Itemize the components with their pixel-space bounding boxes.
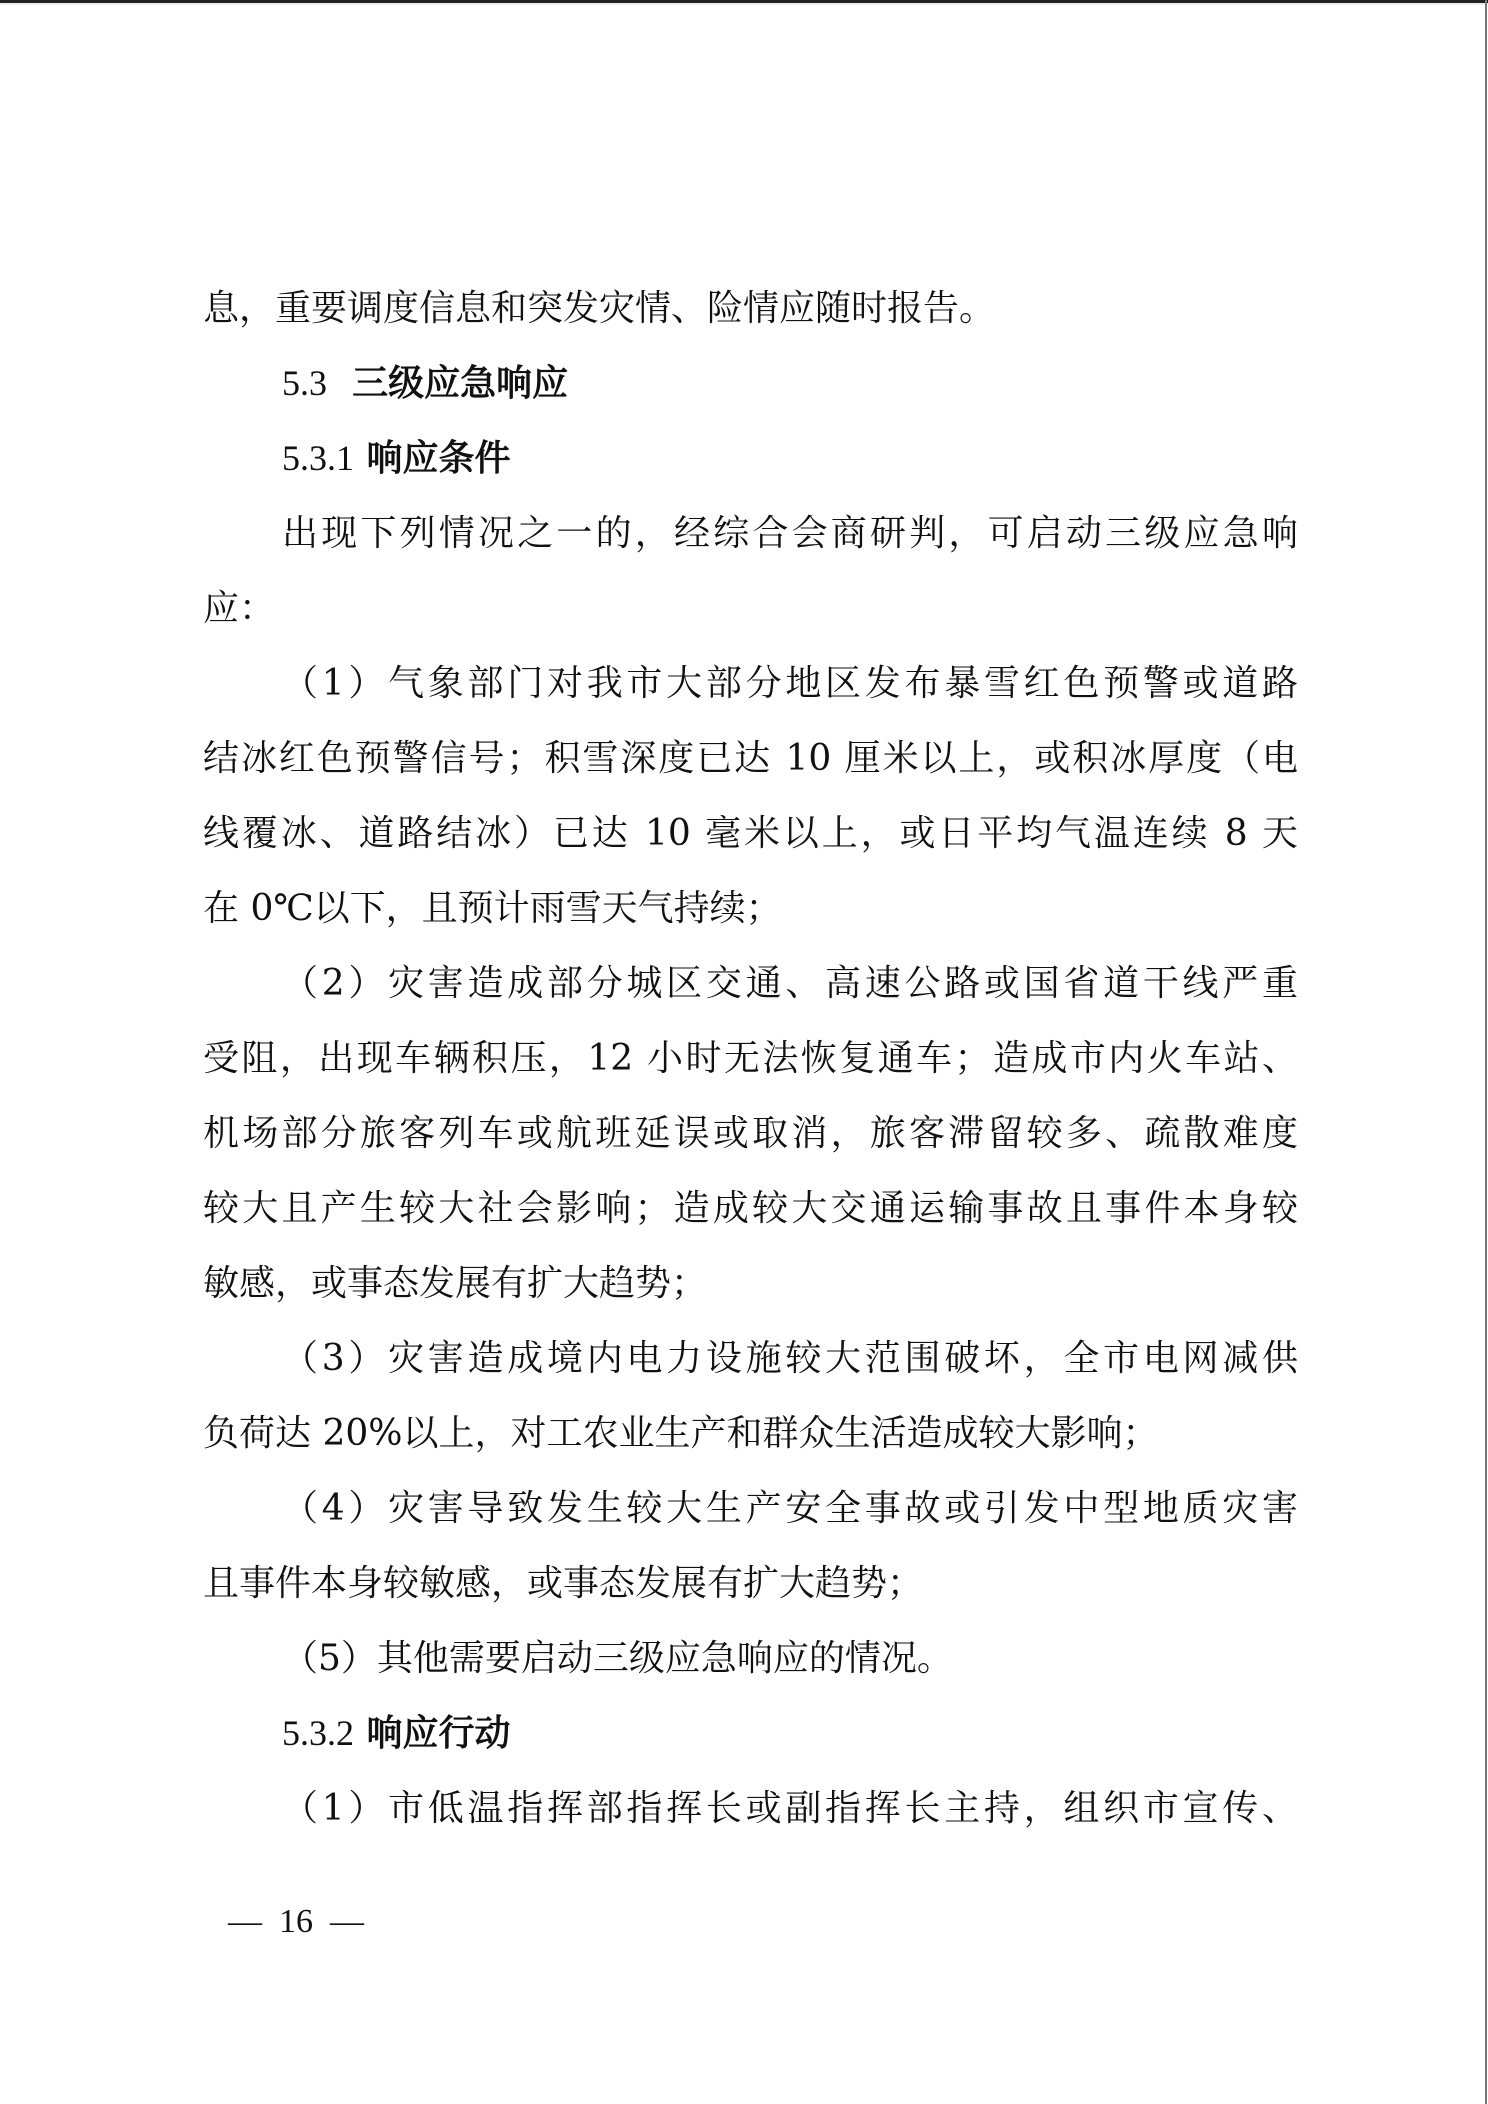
condition-2-line: 较大且产生较大社会影响；造成较大交通运输事故且事件本身较 [203,1171,1298,1246]
condition-2-line: （2）灾害造成部分城区交通、高速公路或国省道干线严重 [282,946,1298,1021]
section-heading-5-3-2: 5.3.2 响应行动 [282,1696,1298,1771]
section-heading-5-3-1: 5.3.1 响应条件 [282,421,1298,496]
document-page: 息，重要调度信息和突发灾情、险情应随时报告。 5.3 三级应急响应 5.3.1 … [0,0,1488,2104]
condition-1-line: （1）气象部门对我市大部分地区发布暴雪红色预警或道路 [282,646,1298,721]
condition-1-line: 结冰红色预警信号；积雪深度已达 10 厘米以上，或积冰厚度（电 [203,721,1298,796]
condition-2-line: 机场部分旅客列车或航班延误或取消，旅客滞留较多、疏散难度 [203,1096,1298,1171]
action-1-line: （1）市低温指挥部指挥长或副指挥长主持，组织市宣传、 [282,1771,1298,1846]
paragraph-intro-line: 出现下列情况之一的，经综合会商研判，可启动三级应急响 [282,496,1298,571]
body-line-continuation: 息，重要调度信息和突发灾情、险情应随时报告。 [203,271,1298,346]
section-title: 响应行动 [367,1712,511,1754]
right-border [1485,0,1487,2104]
condition-3-line: （3）灾害造成境内电力设施较大范围破坏，全市电网减供 [282,1321,1298,1396]
section-heading-5-3: 5.3 三级应急响应 [282,346,1298,421]
section-number: 5.3.2 [282,1713,354,1753]
condition-1-line: 线覆冰、道路结冰）已达 10 毫米以上，或日平均气温连续 8 天 [203,796,1298,871]
condition-1-line-end: 在 0℃以下，且预计雨雪天气持续； [203,871,1298,946]
section-number: 5.3.1 [282,438,354,478]
condition-3-line-end: 负荷达 20%以上，对工农业生产和群众生活造成较大影响； [203,1396,1298,1471]
page-number: — 16 — [228,1898,364,1946]
condition-4-line: （4）灾害导致发生较大生产安全事故或引发中型地质灾害 [282,1471,1298,1546]
section-title: 三级应急响应 [352,362,568,404]
condition-5-line: （5）其他需要启动三级应急响应的情况。 [282,1621,1298,1696]
condition-2-line: 受阻，出现车辆积压，12 小时无法恢复通车；造成市内火车站、 [203,1021,1298,1096]
condition-4-line-end: 且事件本身较敏感，或事态发展有扩大趋势； [203,1546,1298,1621]
section-title: 响应条件 [367,437,511,479]
section-number: 5.3 [282,363,327,403]
top-border-shadow [0,3,1488,5]
condition-2-line-end: 敏感，或事态发展有扩大趋势； [203,1246,1298,1321]
paragraph-intro-line-end: 应： [203,571,1298,646]
